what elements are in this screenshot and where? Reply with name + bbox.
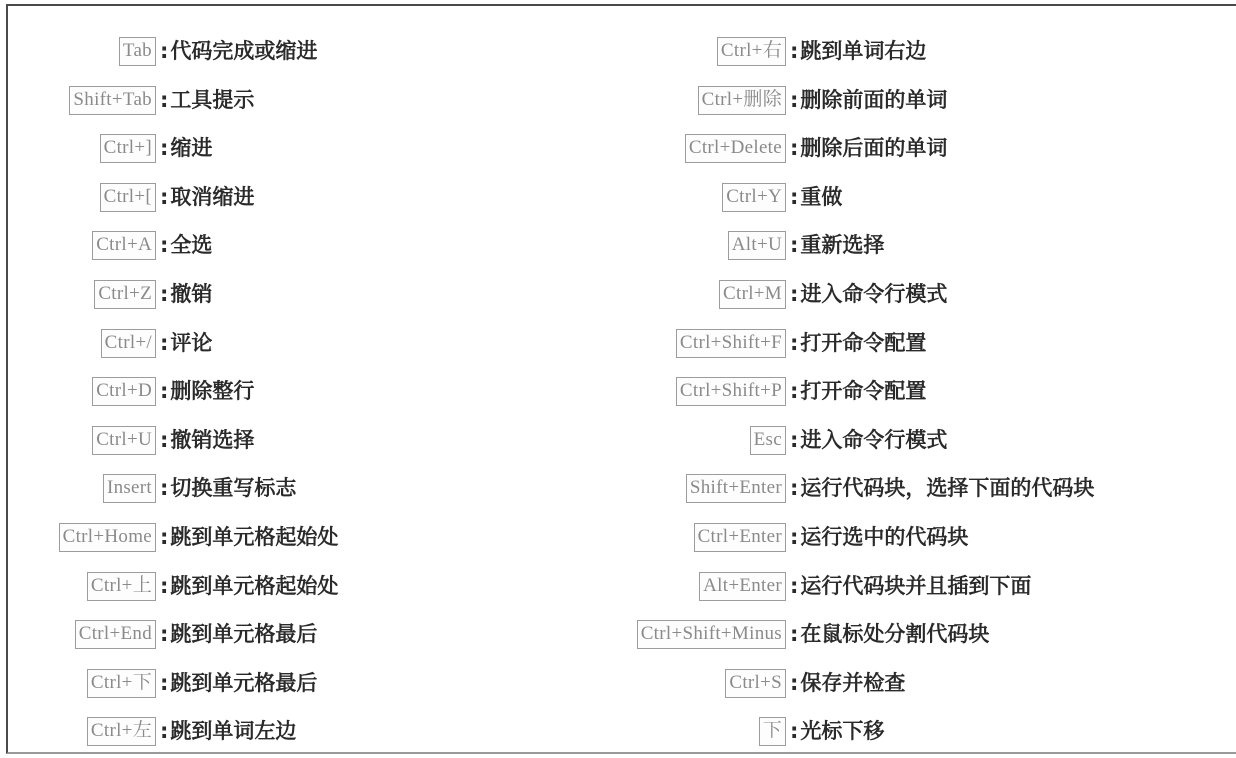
shortcut-description: :取消缩进 <box>160 183 254 211</box>
shortcut-description: :运行代码块并且插到下面 <box>790 572 1031 600</box>
key-cell: Ctrl+Shift+Minus <box>608 614 786 662</box>
shortcut-row: Ctrl+Z:撤销 <box>8 274 608 322</box>
separator-colon: : <box>160 525 168 549</box>
shortcut-row: Alt+U:重新选择 <box>608 225 1236 273</box>
shortcut-description: :重做 <box>790 183 842 211</box>
description-text: 删除整行 <box>170 379 254 403</box>
description-text: 撤销 <box>170 282 212 306</box>
shortcut-key: Alt+Enter <box>699 572 786 601</box>
separator-colon: : <box>790 719 798 743</box>
separator-colon: : <box>790 379 798 403</box>
shortcut-description: :工具提示 <box>160 86 254 114</box>
description-text: 在鼠标处分割代码块 <box>800 622 989 646</box>
shortcut-key: Ctrl+D <box>92 377 156 406</box>
shortcut-description: :光标下移 <box>790 717 884 745</box>
shortcut-row: Ctrl+S:保存并检查 <box>608 663 1236 711</box>
shortcut-row: Ctrl+Home:跳到单元格起始处 <box>8 517 608 565</box>
description-text: 取消缩进 <box>170 185 254 209</box>
shortcut-description: :运行选中的代码块 <box>790 523 968 551</box>
description-text: 重做 <box>800 185 842 209</box>
key-cell: Alt+U <box>608 225 786 273</box>
shortcut-key: Esc <box>750 426 786 455</box>
description-text: 跳到单词右边 <box>800 39 926 63</box>
separator-colon: : <box>790 525 798 549</box>
shortcut-description: :缩进 <box>160 134 212 162</box>
shortcut-description: :评论 <box>160 329 212 357</box>
key-cell: Alt+Enter <box>608 566 786 614</box>
key-cell: Ctrl+[ <box>8 177 156 225</box>
description-text: 运行选中的代码块 <box>800 525 968 549</box>
separator-colon: : <box>790 428 798 452</box>
key-cell: Ctrl+Shift+P <box>608 371 786 419</box>
description-text: 保存并检查 <box>800 671 905 695</box>
description-text: 全选 <box>170 233 212 257</box>
shortcut-description: :跳到单元格最后 <box>160 669 317 697</box>
separator-colon: : <box>790 574 798 598</box>
shortcut-row: Ctrl+左:跳到单词左边 <box>8 711 608 758</box>
shortcut-panel: Tab:代码完成或缩进Shift+Tab:工具提示Ctrl+]:缩进Ctrl+[… <box>6 4 1236 754</box>
separator-colon: : <box>790 185 798 209</box>
shortcut-description: :重新选择 <box>790 231 884 259</box>
description-text: 删除前面的单词 <box>800 88 947 112</box>
shortcut-description: :删除整行 <box>160 377 254 405</box>
separator-colon: : <box>160 88 168 112</box>
shortcut-description: :跳到单元格起始处 <box>160 523 338 551</box>
shortcut-description: :运行代码块，选择下面的代码块 <box>790 474 1094 502</box>
description-text: 工具提示 <box>170 88 254 112</box>
shortcut-description: :删除后面的单词 <box>790 134 947 162</box>
shortcut-description: :删除前面的单词 <box>790 86 947 114</box>
shortcut-key: Ctrl+右 <box>717 37 786 66</box>
shortcut-key: Ctrl+[ <box>100 183 156 212</box>
shortcut-row: Ctrl+D:删除整行 <box>8 371 608 419</box>
separator-colon: : <box>160 719 168 743</box>
separator-colon: : <box>790 476 798 500</box>
description-text: 评论 <box>170 331 212 355</box>
key-cell: Ctrl+Shift+F <box>608 323 786 371</box>
shortcut-key: Ctrl+S <box>725 669 786 698</box>
description-text: 跳到单元格起始处 <box>170 525 338 549</box>
shortcut-row: Ctrl+]:缩进 <box>8 128 608 176</box>
shortcut-description: :进入命令行模式 <box>790 280 947 308</box>
description-text: 缩进 <box>170 136 212 160</box>
shortcut-key: Ctrl+Shift+Minus <box>637 620 786 649</box>
shortcut-row: Ctrl+上:跳到单元格起始处 <box>8 566 608 614</box>
shortcut-key: Ctrl+Shift+P <box>676 377 786 406</box>
key-cell: Ctrl+Home <box>8 517 156 565</box>
shortcut-key: Ctrl+上 <box>87 572 156 601</box>
shortcut-key: Ctrl+U <box>92 426 156 455</box>
description-text: 运行代码块，选择下面的代码块 <box>800 476 1094 500</box>
separator-colon: : <box>160 379 168 403</box>
shortcut-row: Ctrl+U:撤销选择 <box>8 420 608 468</box>
key-cell: Insert <box>8 468 156 516</box>
shortcut-description: :跳到单元格起始处 <box>160 572 338 600</box>
shortcut-description: :打开命令配置 <box>790 329 926 357</box>
description-text: 代码完成或缩进 <box>170 39 317 63</box>
shortcut-description: :撤销选择 <box>160 426 254 454</box>
key-cell: Shift+Tab <box>8 80 156 128</box>
shortcut-description: :进入命令行模式 <box>790 426 947 454</box>
separator-colon: : <box>160 574 168 598</box>
description-text: 打开命令配置 <box>800 331 926 355</box>
shortcut-row: Ctrl+[:取消缩进 <box>8 177 608 225</box>
separator-colon: : <box>790 39 798 63</box>
shortcut-key: Ctrl+删除 <box>698 86 786 115</box>
shortcut-description: :打开命令配置 <box>790 377 926 405</box>
separator-colon: : <box>160 39 168 63</box>
shortcut-key: Ctrl+] <box>100 134 156 163</box>
description-text: 运行代码块并且插到下面 <box>800 574 1031 598</box>
key-cell: Ctrl+左 <box>8 711 156 758</box>
separator-colon: : <box>790 233 798 257</box>
description-text: 跳到单词左边 <box>170 719 296 743</box>
shortcut-row: Ctrl+删除:删除前面的单词 <box>608 80 1236 128</box>
shortcut-description: :在鼠标处分割代码块 <box>790 620 989 648</box>
shortcut-row: Ctrl+Delete:删除后面的单词 <box>608 128 1236 176</box>
shortcut-key: Tab <box>119 37 156 66</box>
shortcut-key: Ctrl+End <box>75 620 156 649</box>
shortcut-description: :全选 <box>160 231 212 259</box>
shortcut-row: Ctrl+Shift+F:打开命令配置 <box>608 323 1236 371</box>
separator-colon: : <box>160 185 168 209</box>
shortcut-row: Ctrl+M:进入命令行模式 <box>608 274 1236 322</box>
shortcut-key: Ctrl+M <box>719 280 786 309</box>
shortcut-key: Alt+U <box>728 231 786 260</box>
separator-colon: : <box>790 136 798 160</box>
shortcut-key: Ctrl+Y <box>722 183 786 212</box>
shortcut-key: Ctrl+A <box>92 231 156 260</box>
shortcut-description: :跳到单词右边 <box>790 37 926 65</box>
key-cell: Ctrl+A <box>8 225 156 273</box>
shortcut-row: Ctrl+A:全选 <box>8 225 608 273</box>
description-text: 进入命令行模式 <box>800 282 947 306</box>
shortcut-description: :撤销 <box>160 280 212 308</box>
separator-colon: : <box>160 331 168 355</box>
key-cell: Ctrl+Z <box>8 274 156 322</box>
shortcut-key: Ctrl+Home <box>59 523 156 552</box>
shortcut-key: Ctrl+左 <box>87 717 156 746</box>
shortcut-key: Ctrl+/ <box>101 329 156 358</box>
separator-colon: : <box>160 282 168 306</box>
separator-colon: : <box>160 622 168 646</box>
shortcut-row: 下:光标下移 <box>608 711 1236 758</box>
shortcut-row: Ctrl+End:跳到单元格最后 <box>8 614 608 662</box>
separator-colon: : <box>790 331 798 355</box>
shortcut-row: Tab:代码完成或缩进 <box>8 31 608 79</box>
shortcut-row: Shift+Enter:运行代码块，选择下面的代码块 <box>608 468 1236 516</box>
description-text: 重新选择 <box>800 233 884 257</box>
shortcut-row: Esc:进入命令行模式 <box>608 420 1236 468</box>
description-text: 跳到单元格起始处 <box>170 574 338 598</box>
description-text: 切换重写标志 <box>170 476 296 500</box>
shortcut-row: Ctrl+右:跳到单词右边 <box>608 31 1236 79</box>
description-text: 跳到单元格最后 <box>170 671 317 695</box>
shortcut-key: Ctrl+Z <box>94 280 156 309</box>
key-cell: Tab <box>8 31 156 79</box>
key-cell: Ctrl+Y <box>608 177 786 225</box>
key-cell: Ctrl+下 <box>8 663 156 711</box>
shortcut-key: 下 <box>759 717 786 746</box>
key-cell: Shift+Enter <box>608 468 786 516</box>
separator-colon: : <box>790 671 798 695</box>
shortcut-row: Ctrl+下:跳到单元格最后 <box>8 663 608 711</box>
key-cell: 下 <box>608 711 786 758</box>
shortcut-key: Ctrl+Delete <box>685 134 786 163</box>
shortcut-description: :跳到单元格最后 <box>160 620 317 648</box>
key-cell: Ctrl+上 <box>8 566 156 614</box>
separator-colon: : <box>790 88 798 112</box>
shortcut-row: Ctrl+Y:重做 <box>608 177 1236 225</box>
key-cell: Ctrl+S <box>608 663 786 711</box>
separator-colon: : <box>160 428 168 452</box>
shortcut-row: Shift+Tab:工具提示 <box>8 80 608 128</box>
description-text: 跳到单元格最后 <box>170 622 317 646</box>
key-cell: Ctrl+/ <box>8 323 156 371</box>
shortcut-row: Ctrl+Shift+P:打开命令配置 <box>608 371 1236 419</box>
key-cell: Ctrl+Enter <box>608 517 786 565</box>
shortcut-row: Ctrl+/:评论 <box>8 323 608 371</box>
shortcut-description: :代码完成或缩进 <box>160 37 317 65</box>
separator-colon: : <box>160 136 168 160</box>
description-text: 撤销选择 <box>170 428 254 452</box>
key-cell: Ctrl+U <box>8 420 156 468</box>
shortcut-key: Ctrl+Enter <box>694 523 786 552</box>
shortcut-row: Ctrl+Shift+Minus:在鼠标处分割代码块 <box>608 614 1236 662</box>
shortcut-description: :保存并检查 <box>790 669 905 697</box>
key-cell: Ctrl+右 <box>608 31 786 79</box>
shortcut-key: Ctrl+下 <box>87 669 156 698</box>
separator-colon: : <box>790 282 798 306</box>
key-cell: Ctrl+删除 <box>608 80 786 128</box>
shortcut-key: Insert <box>103 474 156 503</box>
key-cell: Ctrl+Delete <box>608 128 786 176</box>
shortcut-description: :跳到单词左边 <box>160 717 296 745</box>
description-text: 打开命令配置 <box>800 379 926 403</box>
shortcut-row: Ctrl+Enter:运行选中的代码块 <box>608 517 1236 565</box>
shortcut-row: Alt+Enter:运行代码块并且插到下面 <box>608 566 1236 614</box>
shortcut-key: Ctrl+Shift+F <box>676 329 786 358</box>
key-cell: Esc <box>608 420 786 468</box>
shortcut-key: Shift+Tab <box>69 86 156 115</box>
key-cell: Ctrl+M <box>608 274 786 322</box>
separator-colon: : <box>790 622 798 646</box>
shortcut-row: Insert:切换重写标志 <box>8 468 608 516</box>
separator-colon: : <box>160 671 168 695</box>
separator-colon: : <box>160 233 168 257</box>
description-text: 删除后面的单词 <box>800 136 947 160</box>
description-text: 光标下移 <box>800 719 884 743</box>
shortcut-key: Shift+Enter <box>686 474 786 503</box>
description-text: 进入命令行模式 <box>800 428 947 452</box>
key-cell: Ctrl+End <box>8 614 156 662</box>
shortcut-description: :切换重写标志 <box>160 474 296 502</box>
key-cell: Ctrl+D <box>8 371 156 419</box>
separator-colon: : <box>160 476 168 500</box>
key-cell: Ctrl+] <box>8 128 156 176</box>
